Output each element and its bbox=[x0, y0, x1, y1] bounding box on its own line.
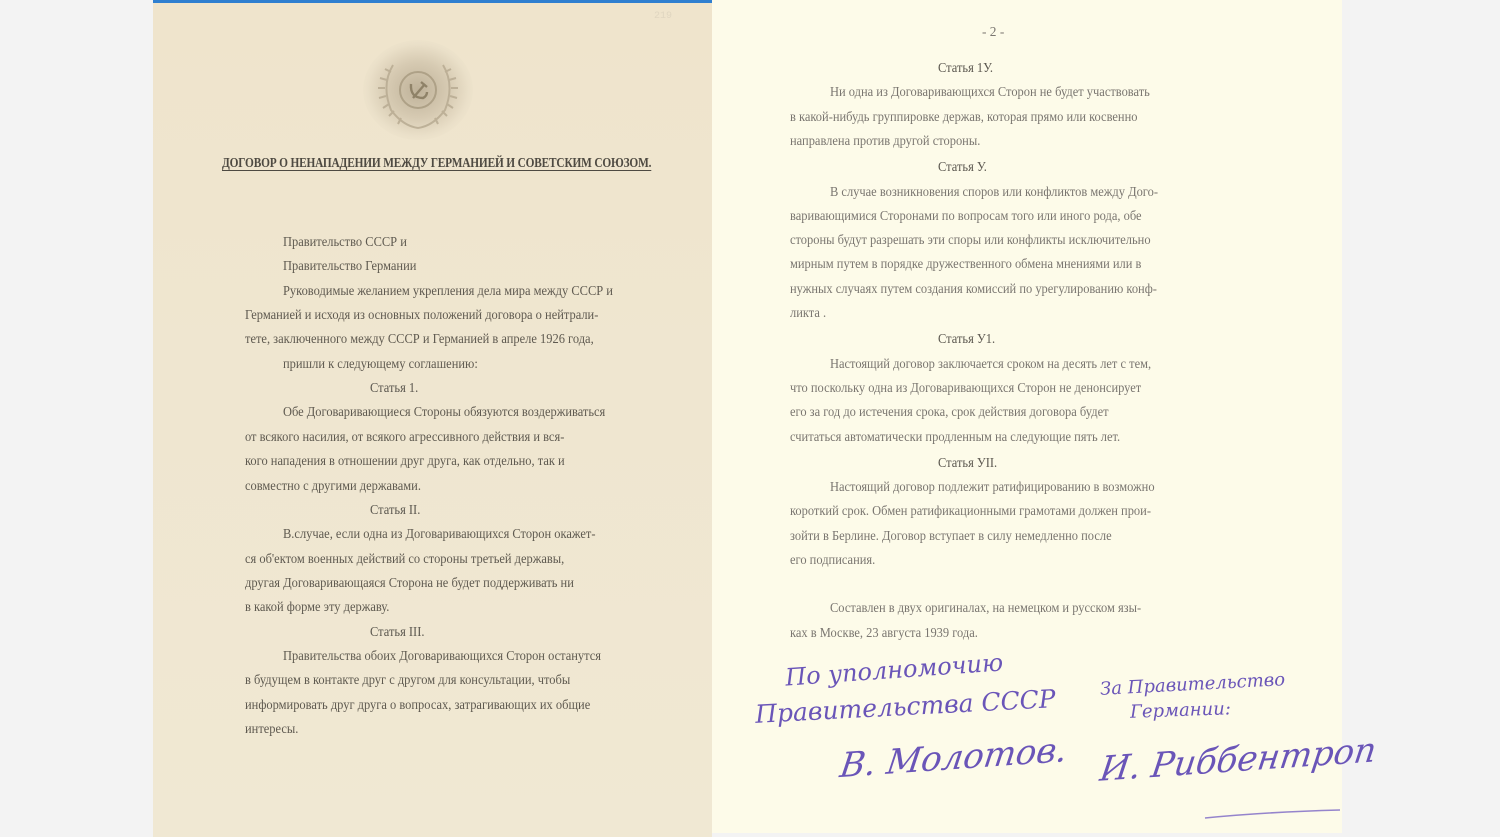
article-heading: Статья У. bbox=[938, 159, 987, 175]
text-line: стороны будут разрешать эти споры или ко… bbox=[790, 232, 1151, 248]
text-line: Германией и исходя из основных положений… bbox=[245, 307, 598, 323]
text-line: в какой форме эту державу. bbox=[245, 599, 389, 615]
text-line: В случае возникновения споров или конфли… bbox=[830, 184, 1158, 200]
text-line: в будущем в контакте друг с другом для к… bbox=[245, 672, 570, 688]
text-line: его за год до истечения срока, срок дейс… bbox=[790, 404, 1109, 420]
article-heading: Статья 1У. bbox=[938, 60, 993, 76]
text-line: Правительство Германии bbox=[283, 258, 416, 274]
article-heading: Статья III. bbox=[370, 624, 424, 640]
text-line: в какой-нибудь группировке держав, котор… bbox=[790, 109, 1137, 125]
text-line: информировать друг друга о вопросах, зат… bbox=[245, 697, 590, 713]
page-number: - 2 - bbox=[982, 24, 1004, 40]
text-line: Правительство СССР и bbox=[283, 234, 407, 250]
text-line: кого нападения в отношении друг друга, к… bbox=[245, 453, 565, 469]
text-line: от всякого насилия, от всякого агрессивн… bbox=[245, 429, 564, 445]
text-line: Руководимые желанием укрепления дела мир… bbox=[283, 283, 613, 299]
document-viewer: 219 ДОГОВОР О НЕНАПАДЕНИИ МЕЖДУ ГЕРМ bbox=[0, 0, 1500, 837]
document-title: ДОГОВОР О НЕНАПАДЕНИИ МЕЖДУ ГЕРМАНИЕЙ И … bbox=[222, 155, 651, 171]
text-line: Настоящий договор подлежит ратифицирован… bbox=[830, 479, 1155, 495]
text-line: мирным путем в порядке дружественного об… bbox=[790, 256, 1141, 272]
text-line: считаться автоматически продленным на сл… bbox=[790, 429, 1120, 445]
text-line: что поскольку одна из Договаривающихся С… bbox=[790, 380, 1141, 396]
text-line: Правительства обоих Договаривающихся Сто… bbox=[283, 648, 601, 664]
text-line: Ни одна из Договаривающихся Сторон не бу… bbox=[830, 84, 1150, 100]
text-line: ках в Москве, 23 августа 1939 года. bbox=[790, 625, 978, 641]
text-line: его подписания. bbox=[790, 552, 875, 568]
text-line: ликта . bbox=[790, 305, 826, 321]
text-line: нужных случаях путем создания комиссий п… bbox=[790, 281, 1157, 297]
signature-block: По уполномочию Правительства СССР За Пра… bbox=[745, 650, 1345, 830]
text-line: Настоящий договор заключается сроком на … bbox=[830, 356, 1151, 372]
text-line: тете, заключенного между СССР и Германие… bbox=[245, 331, 594, 347]
text-line: интересы. bbox=[245, 721, 298, 737]
article-heading: Статья 1. bbox=[370, 380, 418, 396]
text-line: пришли к следующему соглашению: bbox=[283, 356, 478, 372]
page-archive-number: 219 bbox=[654, 11, 672, 22]
text-line: короткий срок. Обмен ратификационными гр… bbox=[790, 503, 1151, 519]
article-heading: Статья У1. bbox=[938, 331, 995, 347]
text-line: зойти в Берлине. Договор вступает в силу… bbox=[790, 528, 1112, 544]
ussr-emblem-icon bbox=[363, 40, 473, 140]
text-line: направлена против другой стороны. bbox=[790, 133, 980, 149]
text-line: Обе Договаривающиеся Стороны обязуются в… bbox=[283, 404, 605, 420]
text-line: варивающимися Сторонами по вопросам того… bbox=[790, 208, 1142, 224]
text-line: Составлен в двух оригиналах, на немецком… bbox=[830, 600, 1141, 616]
text-line: совместно с другими державами. bbox=[245, 478, 421, 494]
article-heading: Статья II. bbox=[370, 502, 420, 518]
article-heading: Статья УII. bbox=[938, 455, 997, 471]
text-line: ся об'ектом военных действий со стороны … bbox=[245, 551, 564, 567]
text-line: другая Договаривающаяся Сторона не будет… bbox=[245, 575, 574, 591]
text-line: В.случае, если одна из Договаривающихся … bbox=[283, 526, 595, 542]
